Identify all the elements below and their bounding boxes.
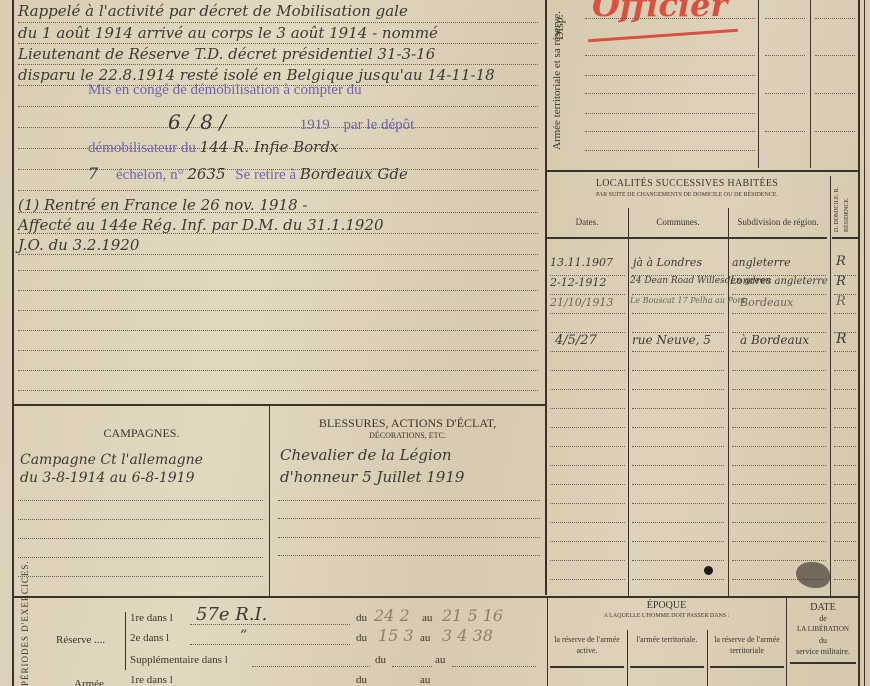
note-line-2: Affecté au 144e Rég. Inf. par D.M. du 31… [18,216,384,234]
periodes-side-label: PÉRIODES D'EXERCICES. [20,560,30,686]
periode-row: Supplémentaire dans l du au [130,652,540,670]
reserve-label: Réserve .... [56,634,105,646]
epoque-col-reserve-territoriale: la réserve de l'armée territoriale [710,634,784,656]
blessures-line-2: d'honneur 5 Juillet 1919 [280,468,464,486]
liberation-header: DATE de LA LIBÉRATION du service militai… [787,602,859,657]
demob-stamp-line-4: 7 échelon, n° 2635 Se retire à Bordeaux … [88,164,408,184]
middle-divider [545,0,547,595]
campagnes-title: CAMPAGNES. [14,426,269,441]
note-line-1: (1) Rentré en France le 26 nov. 1918 - [18,196,307,214]
localites-title: LOCALITÉS SUCCESSIVES HABITÉES [547,178,827,189]
annotation-line-3: Lieutenant de Réserve T.D. décret présid… [18,45,435,63]
epoque-title: ÉPOQUE [547,600,786,611]
demob-date: 6 / 8 / [168,110,226,134]
demob-stamp-line-3: démobilisateur du 144 R. Infie Bordx [88,138,338,157]
officier-red-stamp: Officier [592,0,727,24]
campagnes-line-1: Campagne Ct l'allemagne [20,452,203,468]
blessures-line-1: Chevalier de la Légion [280,446,452,464]
col-domicile-residence: D. DOMICILE. R. RÉSIDENCE. [832,172,852,232]
epoque-col-reserve-active: la réserve de l'armée active. [550,634,624,656]
annotation-line-1: Rappelé à l'activité par décret de Mobil… [18,2,408,20]
blessures-title: BLESSURES, ACTIONS D'ÉCLAT, [270,416,545,431]
demob-stamp-line-1: Mis en congé de démobilisation à compter… [88,82,362,99]
col-dates: Dates. [547,217,627,227]
annotation-line-2: du 1 août 1914 arrivé au corps le 3 août… [18,24,438,42]
periode-row: 2e dans l ” du 15 3 au 3 4 38 [130,630,540,648]
periode-row: 1re dans l du au [130,672,540,686]
epoque-col-territoriale: l'armée territoriale. [630,634,704,645]
right-border [858,0,860,686]
localites-subtitle: PAR SUITE DE CHANGEMENTS DE DOMICILE OU … [547,192,827,198]
blessures-subtitle: DÉCORATIONS, ETC. [270,431,545,440]
note-line-3: J.O. du 3.2.1920 [18,236,139,254]
campagnes-top-rule [14,404,545,406]
territoriale-vertical-label: Armée territoriale et sa réserve. [550,10,564,150]
col-communes: Communes. [628,217,728,227]
left-border [12,0,14,686]
document-page: Rappelé à l'activité par décret de Mobil… [0,0,870,686]
epoque-subtitle: A LAQUELLE L'HOMME DOIT PASSER DANS : [547,613,786,619]
ink-stain [796,562,830,588]
demob-stamp-line-2: 6 / 8 / 1919 par le dépôt [88,110,254,134]
armee-label: Armée [74,678,104,686]
col-subdivision: Subdivision de région. [728,217,828,227]
campagnes-line-2: du 3-8-1914 au 6-8-1919 [20,470,195,486]
ink-dot [704,566,713,575]
right-border-outer [864,0,865,686]
periodes-top-rule [14,596,860,598]
